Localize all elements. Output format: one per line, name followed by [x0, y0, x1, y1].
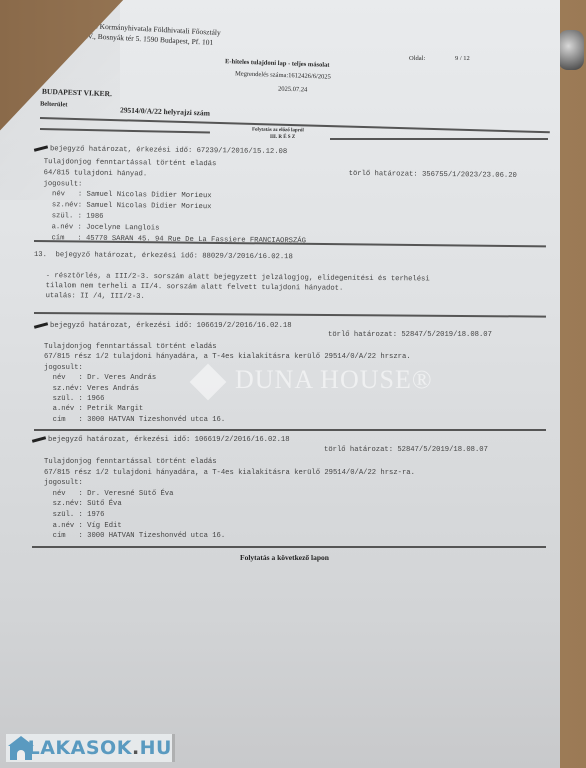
- entry-title: 13. bejegyző határozat, érkezési idő: 88…: [34, 251, 293, 261]
- body-line: 64/815 tulajdoni hányad.: [44, 169, 148, 178]
- area: Belterület: [40, 101, 68, 109]
- delete-resolution: törlő határozat: 52847/5/2019/18.08.07: [328, 331, 492, 339]
- body-line: 67/815 rész 1/2 tulajdoni hányadára, a T…: [44, 469, 415, 477]
- divider: [34, 312, 546, 318]
- parcel: 29514/0/A/22 helyrajzi szám: [120, 105, 210, 117]
- house-roof: [8, 736, 34, 746]
- body-line: név : Samuel Nicolas Didier Morieux: [43, 191, 211, 201]
- continuation-next: Folytatás a következő lapon: [240, 553, 329, 562]
- entry-15: bejegyző határozat, érkezési idő: 106619…: [32, 436, 290, 444]
- body-line: név : Dr. Veres András: [44, 374, 156, 382]
- body-line: Tulajdonjog fenntartással történt eladás: [44, 158, 217, 168]
- body-line: szül. : 1986: [43, 212, 103, 221]
- part-heading: III. R É S Z: [270, 135, 295, 140]
- entry-body: - résztörlés, a III/2-3. sorszám alatt b…: [46, 271, 430, 304]
- entry-14: bejegyző határozat, érkezési idő: 106619…: [34, 322, 292, 330]
- continuation-from: Folytatás az előző lapról: [252, 128, 304, 134]
- body-line: a.név : Víg Edit: [44, 522, 122, 530]
- body-line: Tulajdonjog fenntartással történt eladás: [44, 343, 217, 351]
- entry-title-text: bejegyző határozat, érkezési idő: 106619…: [50, 322, 292, 330]
- body-line: jogosult:: [44, 364, 83, 372]
- entry-title: bejegyző határozat, érkezési idő: 106619…: [32, 436, 290, 444]
- body-line: tilalom nem terheli a II/4. sorszám alat…: [46, 282, 344, 293]
- page-label: Oldal:: [409, 55, 425, 62]
- house-door: [17, 750, 25, 760]
- binder-clip: [558, 30, 584, 70]
- logo-brand: LAKASOK: [28, 737, 132, 759]
- strikethrough-mark: [34, 145, 48, 151]
- logo-separator: .: [132, 737, 140, 759]
- body-line: a.név : Petrik Margit: [44, 405, 143, 413]
- house-icon: [8, 736, 22, 760]
- body-line: sz.név: Samuel Nicolas Didier Morieux: [43, 201, 211, 211]
- strikethrough-mark: [34, 322, 48, 329]
- diamond-logo-icon: [190, 364, 227, 401]
- body-line: jogosult:: [43, 180, 82, 188]
- entry-body: Tulajdonjog fenntartással történt eladás…: [44, 457, 415, 542]
- entry-13: 13. bejegyző határozat, érkezési idő: 88…: [34, 251, 293, 261]
- doc-type: E-hiteles tulajdoni lap - teljes másolat: [225, 58, 330, 69]
- watermark-text: DUNA HOUSE®: [235, 365, 433, 394]
- document-page: ...i Főváros Kormányhivatala Földhivatal…: [0, 0, 560, 768]
- entry-body: Tulajdonjog fenntartással történt eladás…: [43, 157, 307, 247]
- order-number: Megrendelés száma:1612426/6/2025: [235, 70, 331, 80]
- divider: [32, 546, 546, 548]
- body-line: 67/815 rész 1/2 tulajdoni hányadára, a T…: [44, 353, 411, 361]
- duna-house-watermark: DUNA HOUSE®: [195, 365, 433, 395]
- body-line: sz.név: Sütő Éva: [44, 500, 122, 508]
- page-number: 9 / 12: [455, 55, 470, 62]
- lakasok-logo: LAKASOK.HU: [6, 734, 175, 762]
- doc-date: 2025.07.24: [278, 85, 307, 93]
- divider: [330, 138, 548, 140]
- logo-text: LAKASOK.HU: [28, 737, 172, 759]
- body-line: Tulajdonjog fenntartással történt eladás: [44, 458, 217, 466]
- body-line: szül. : 1976: [44, 511, 104, 519]
- delete-resolution: törlő határozat: 52847/5/2019/18.08.07: [324, 446, 488, 454]
- body-line: cím : 3000 HATVAN Tizeshonvéd utca 16.: [44, 532, 225, 540]
- entry-title-text: bejegyző határozat, érkezési idő: 106619…: [48, 436, 290, 444]
- body-line: jogosult:: [44, 479, 83, 487]
- body-line: utalás: II /4, III/2-3.: [46, 292, 145, 301]
- delete-resolution: törlő határozat: 356755/1/2023/23.06.20: [349, 170, 517, 180]
- body-line: szül. : 1966: [44, 395, 104, 403]
- divider: [34, 429, 546, 431]
- logo-tld: HU: [140, 737, 172, 759]
- entry-title: bejegyző határozat, érkezési idő: 106619…: [34, 322, 292, 330]
- body-line: a.név : Jocelyne Langlois: [43, 223, 160, 232]
- body-line: cím : 3000 HATVAN Tizeshonvéd utca 16.: [44, 416, 225, 424]
- body-line: sz.név: Veres András: [44, 385, 139, 393]
- entry-title-text: bejegyző határozat, érkezési idő: 88029/…: [56, 251, 293, 261]
- strikethrough-mark: [32, 436, 46, 443]
- body-line: név : Dr. Veresné Sütő Éva: [44, 490, 173, 498]
- entry-number: 13.: [34, 251, 47, 259]
